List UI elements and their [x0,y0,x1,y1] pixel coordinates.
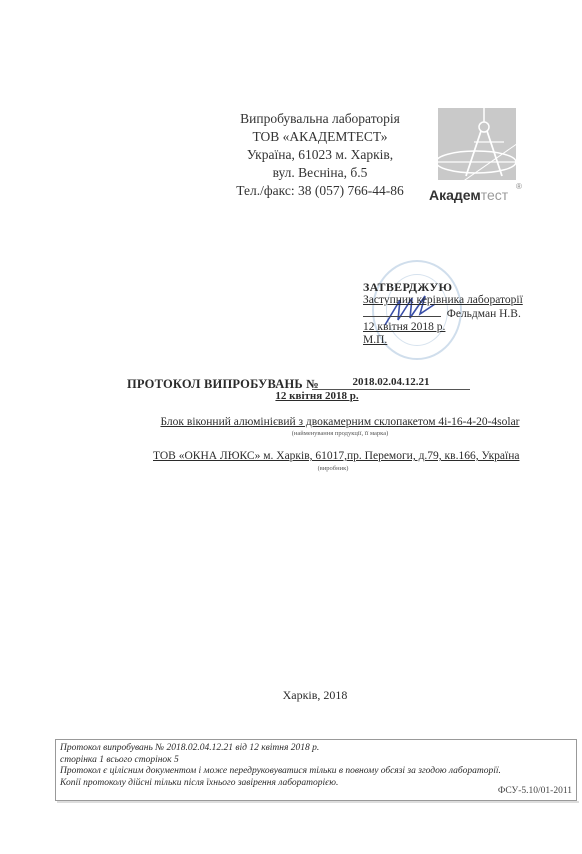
approval-signature-line: Фельдман Н.В. [363,307,563,321]
approval-title: ЗАТВЕРДЖУЮ [363,281,563,294]
footer-box: Протокол випробувань № 2018.02.04.12.21 … [55,739,577,801]
signature-blank [363,307,441,317]
footer-integrity-note: Протокол є цілісним документом і може пе… [60,766,572,778]
lab-header: Випробувальна лабораторія ТОВ «АКАДЕМТЕС… [200,110,440,200]
lab-phone: Тел./факс: 38 (057) 766-44-86 [200,182,440,200]
lab-address-street: вул. Весніна, б.5 [200,164,440,182]
footer-page-count: сторінка 1 всього сторінок 5 [60,755,572,767]
lab-address-city: Україна, 61023 м. Харків, [200,146,440,164]
approval-position: Заступник керівника лабораторії [363,294,563,307]
company-logo: Академтест ® [424,104,539,204]
approval-date: 12 квітня 2018 р. [363,321,563,334]
lab-company: ТОВ «АКАДЕМТЕСТ» [200,128,440,146]
compass-logo-icon [424,104,539,184]
manufacturer-caption: (виробник) [153,465,513,472]
manufacturer-name: ТОВ «ОКНА ЛЮКС» м. Харків, 61017,пр. Пер… [153,450,513,462]
product-caption: (найменування продукції, її марка) [160,430,520,437]
protocol-number: 2018.02.04.12.21 [312,376,470,390]
footer-copies-note: Копії протоколу дійсні тільки після їхнь… [60,778,572,790]
registered-mark: ® [516,182,522,191]
product-name: Блок віконний алюмінієвий з двокамерним … [160,416,520,428]
place-and-year: Харків, 2018 [265,688,365,703]
logo-wordmark: Академтест [429,187,508,203]
lab-name: Випробувальна лабораторія [200,110,440,128]
approval-name: Фельдман Н.В. [447,308,521,320]
protocol-date: 12 квітня 2018 р. [262,390,372,402]
footer-form-code: ФСУ-5.10/01-2011 [498,786,572,798]
footer-shadow [57,801,579,803]
footer-protocol-ref: Протокол випробувань № 2018.02.04.12.21 … [60,743,572,755]
approval-block: ЗАТВЕРДЖУЮ Заступник керівника лаборатор… [363,281,563,347]
approval-seal: М.П. [363,334,563,347]
